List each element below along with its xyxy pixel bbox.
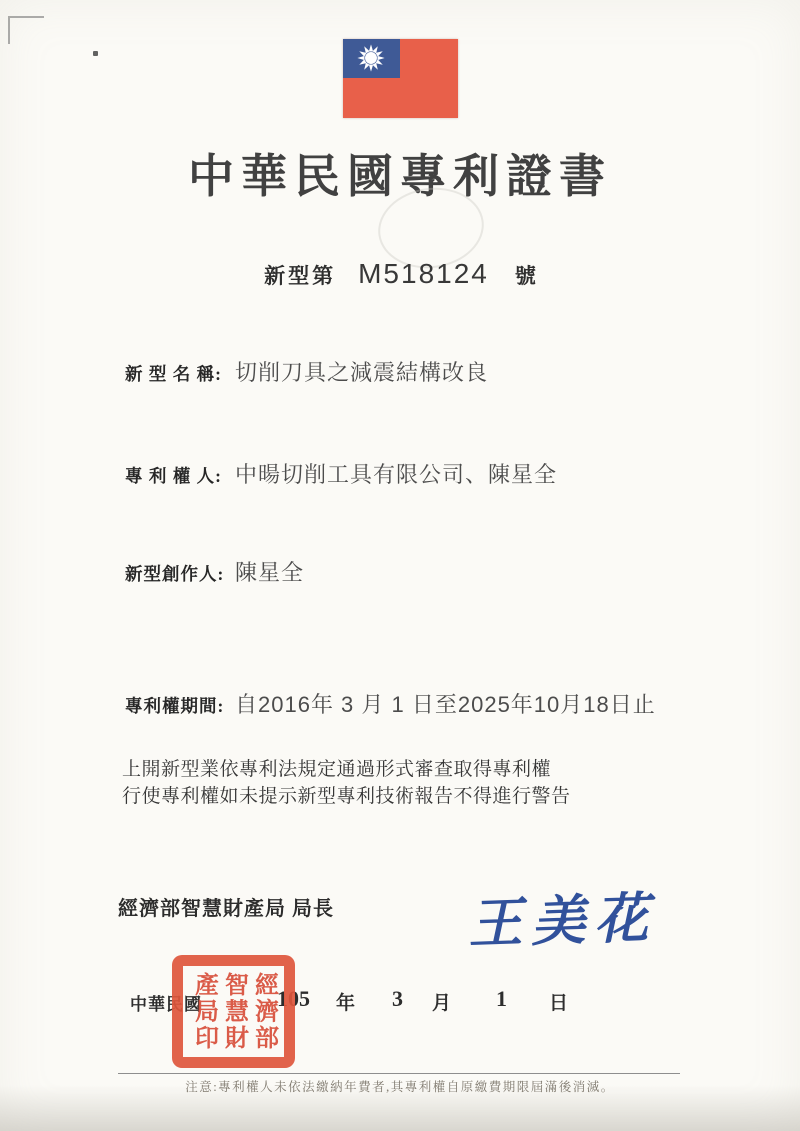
field-row-creator: 新型創作人: 陳星全 [125, 556, 745, 587]
field-row-patentee: 專 利 權 人: 中暘切削工具有限公司、陳星全 [125, 458, 745, 489]
field-label: 新型創作人: [125, 561, 235, 586]
field-label: 新 型 名 稱: [125, 361, 235, 386]
date-day: 1 [496, 986, 507, 1012]
field-row-name: 新 型 名 稱: 切削刀具之減震結構改良 [125, 356, 745, 387]
statement-line: 行使專利權如未提示新型專利技術報告不得進行警告 [122, 783, 571, 810]
scan-speck [93, 51, 98, 56]
field-value: 自2016年 3 月 1 日至2025年10月18日止 [235, 688, 656, 719]
certificate-page: 中華民國專利證書 新型第 M518124 號 新 型 名 稱: 切削刀具之減震結… [0, 0, 800, 1131]
patent-number-prefix: 新型第 [264, 260, 336, 290]
statement: 上開新型業依專利法規定通過形式審查取得專利權 行使專利權如未提示新型專利技術報告… [122, 756, 571, 810]
issuer-line: 經濟部智慧財產局 局長 [118, 892, 334, 921]
date-month-unit: 月 [432, 988, 451, 1015]
official-seal: 經濟部智慧財產局印 [172, 955, 295, 1068]
field-value: 切削刀具之減震結構改良 [235, 356, 488, 387]
field-label: 專 利 權 人: [125, 463, 235, 488]
footer-divider [118, 1073, 680, 1074]
scan-corner-artifact [8, 16, 44, 44]
patent-number-suffix: 號 [515, 260, 536, 290]
patent-number: M518124 [358, 258, 489, 290]
director-signature: 王美花 [467, 874, 680, 958]
roc-flag [343, 39, 458, 118]
field-label: 專利權期間: [125, 693, 235, 718]
date-month: 3 [392, 986, 403, 1012]
patent-number-line: 新型第 M518124 號 [0, 258, 800, 290]
sun-icon [354, 41, 388, 75]
scan-bottom-shade [0, 1085, 800, 1131]
field-value: 中暘切削工具有限公司、陳星全 [235, 458, 557, 489]
seal-text: 經濟部智慧財產局印 [189, 972, 279, 1052]
statement-line: 上開新型業依專利法規定通過形式審查取得專利權 [122, 756, 571, 783]
date-line: 中華民國 105 年 3 月 1 日 [0, 986, 800, 1016]
date-year-unit: 年 [336, 988, 355, 1015]
field-row-term: 專利權期間: 自2016年 3 月 1 日至2025年10月18日止 [125, 688, 745, 719]
date-day-unit: 日 [549, 988, 568, 1015]
field-value: 陳星全 [235, 556, 304, 587]
